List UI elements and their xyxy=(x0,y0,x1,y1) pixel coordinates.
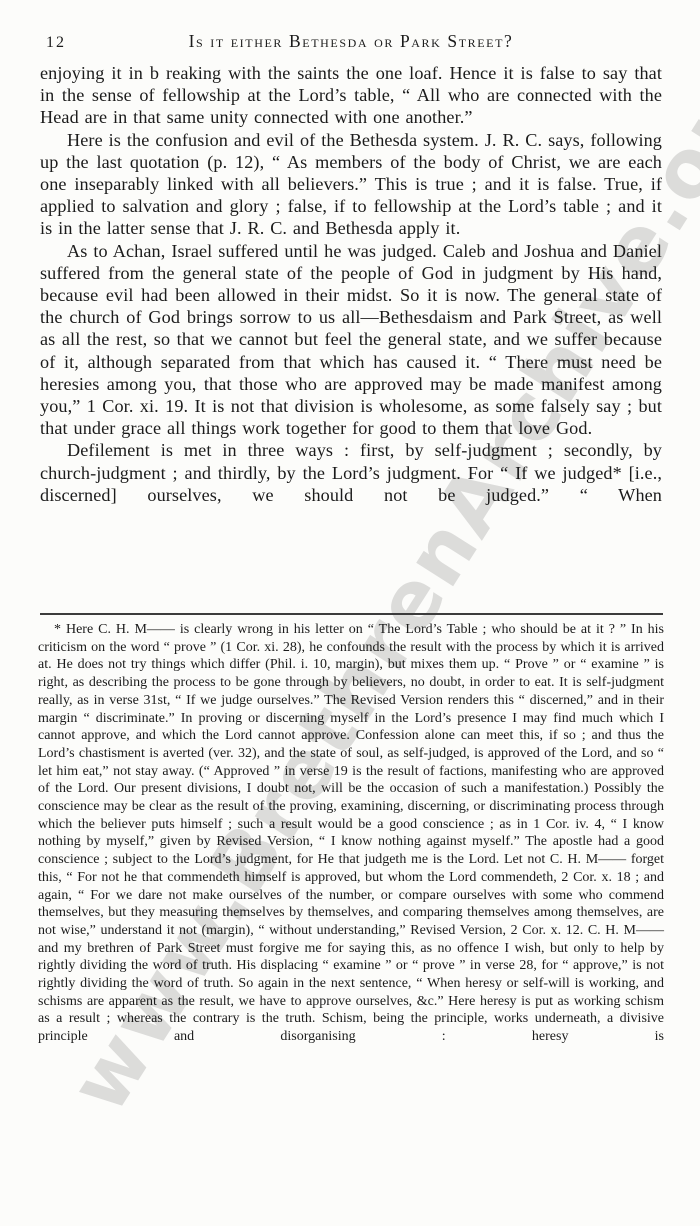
book-page: www.BrethrenArchive.org 12 Is it either … xyxy=(0,0,700,1226)
body-text: enjoying it in b reaking with the saints… xyxy=(40,62,662,506)
paragraph-defilement: Defilement is met in three ways : first,… xyxy=(40,439,662,506)
paragraph-continuation: enjoying it in b reaking with the saints… xyxy=(40,62,662,129)
footnote-divider xyxy=(40,613,663,615)
paragraph-bethesda-system: Here is the confusion and evil of the Be… xyxy=(40,129,662,240)
footnote-text: * Here C. H. M—— is clearly wrong in his… xyxy=(38,621,664,1046)
page-header: 12 Is it either Bethesda or Park Street? xyxy=(40,31,662,52)
paragraph-achan: As to Achan, Israel suffered until he wa… xyxy=(40,240,662,440)
page-number: 12 xyxy=(46,34,66,52)
running-title: Is it either Bethesda or Park Street? xyxy=(40,31,662,52)
